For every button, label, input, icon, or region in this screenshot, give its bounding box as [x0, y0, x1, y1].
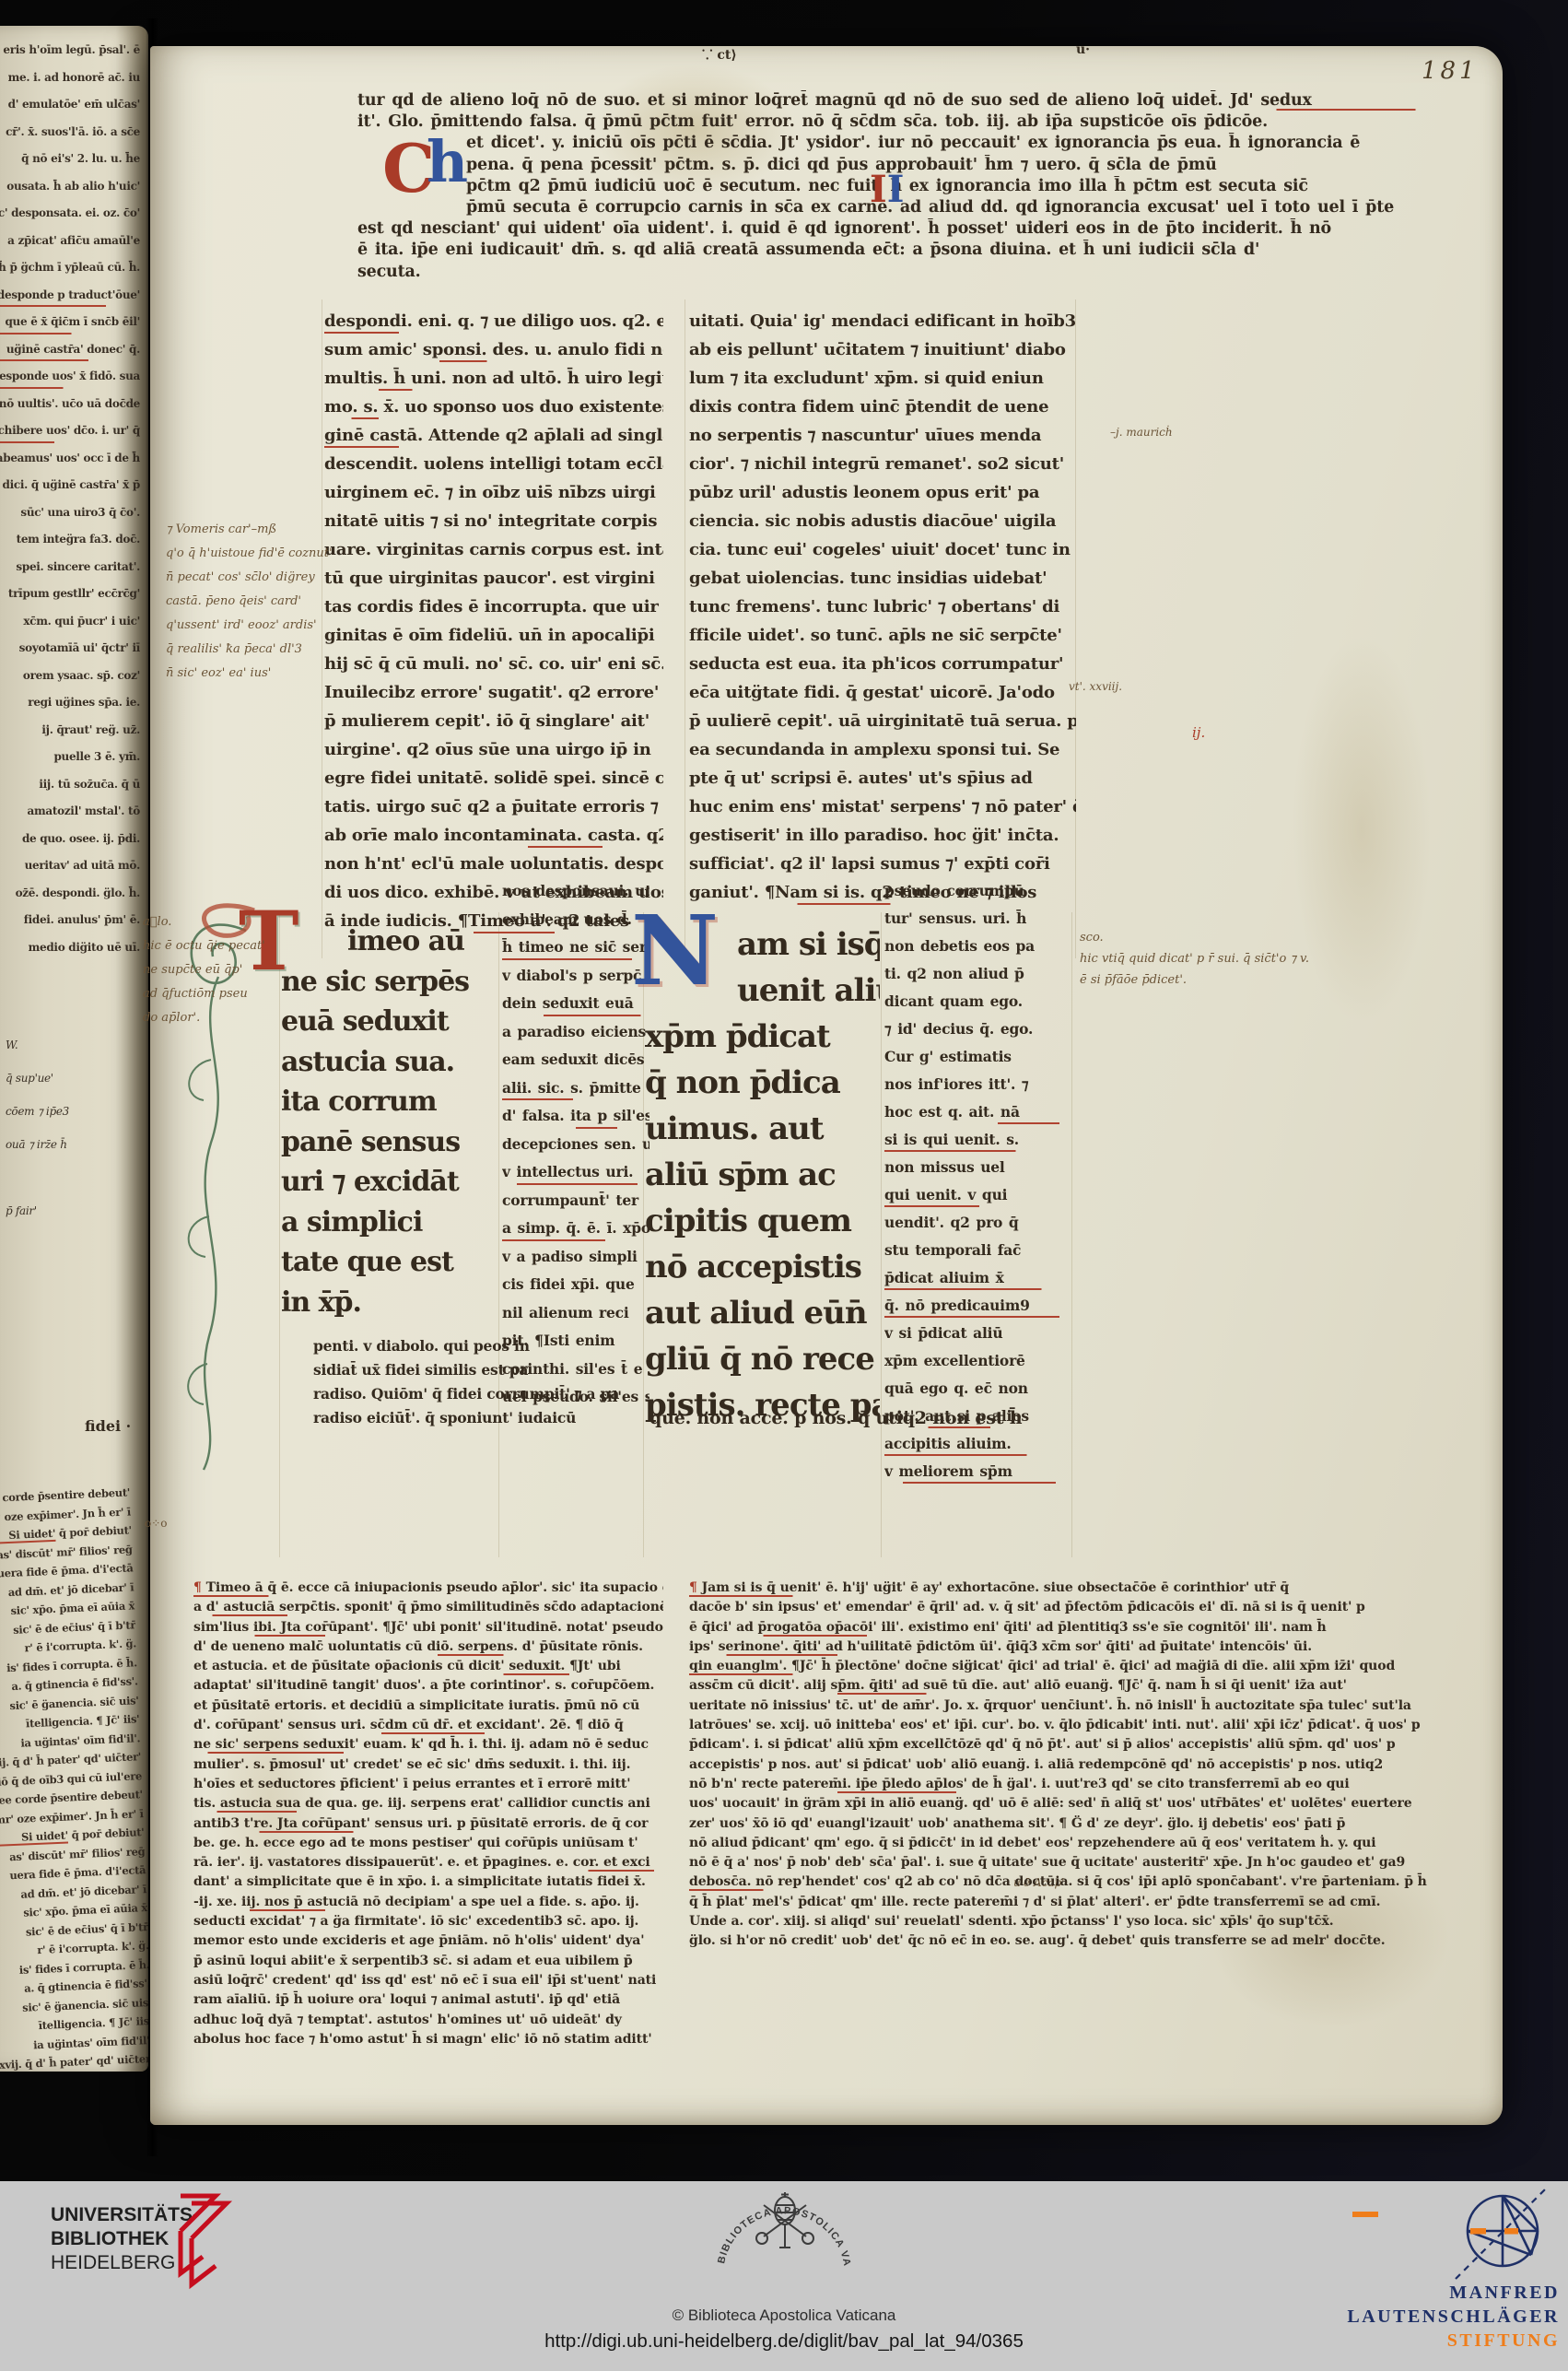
- gloss-column-a: nos desponsaui. utexhibeam uos d̄.h̄ tim…: [502, 877, 649, 1412]
- text-line: ug̈inē castr̄a' donec' q̄.: [0, 336, 140, 364]
- text-line: tis. astucia sua de qua. ge. iij. serpen…: [193, 1794, 663, 1813]
- text-line: corrumpaunt̄' ter: [502, 1187, 649, 1215]
- text-line: medio dig̈ito uē uī.: [0, 934, 140, 962]
- display-text-line: aliū sp̄m ac: [645, 1152, 880, 1198]
- text-line: asiū loq̄rc̄' credent' qd' iss qd' est' …: [193, 1971, 663, 1990]
- display-text-line: a simplici: [281, 1203, 484, 1243]
- text-line: soyotamīā ui' q̄ctr' iī: [0, 635, 140, 663]
- text-line: pseudo corrumpū: [884, 877, 1067, 905]
- text-line: nos desponsaui. ut: [502, 877, 649, 906]
- text-line: radiso. Quiōm' q̄ fidei corrumpit̄' ⁊ a …: [313, 1382, 663, 1406]
- display-text-line: uimus. aut: [645, 1106, 880, 1152]
- text-line: nō uultis'. uc̄o uā doc̄de: [0, 391, 140, 418]
- display-text-line: nō accepistis: [645, 1244, 880, 1290]
- text-line: accipitis aliuim.: [884, 1430, 1067, 1458]
- text-line: pūbz uril' adustis leonem opus erit' pa: [689, 478, 1076, 507]
- margin-note-right: sco.hic vtiq̄ quid dicat' p r̄ sui. q̄ s…: [1080, 927, 1448, 991]
- gloss-column-a-wide: penti. v diabolo. qui peos insidiat̄ ux̄…: [313, 1334, 663, 1430]
- text-line: v diabol's p serpc̄: [502, 962, 649, 991]
- text-line: non missus uel: [884, 1154, 1067, 1181]
- text-line: q̄ sup'ue': [6, 1062, 144, 1095]
- ml-line2: LAUTENSCHLÄGER: [1347, 2305, 1560, 2329]
- text-line: tur qd de alieno loq̄ nō de suo. et si m…: [357, 90, 1426, 112]
- text-line: sum amic' sponsi. des. u. anulo fidi non: [324, 335, 663, 364]
- text-line: ec̄a uitg̈tate fidi. q̄ gestat' uicorē. …: [689, 678, 1076, 707]
- text-line: radiso eiciūt̄'. q̄ sponiunt' iudaicū: [313, 1406, 663, 1430]
- text-line: p̄ uulierē cepit'. uā uirginitatē tuā se…: [689, 707, 1076, 735]
- facing-page-edge: eris h'oīm legū. p̄sal'. ēme. i. ad hono…: [0, 26, 148, 2072]
- text-line: desponde p traduct'ōue': [0, 282, 140, 310]
- text-line: accepistis' p nos. aut' si p̄dicat' uob'…: [689, 1755, 1431, 1775]
- text-line: sidiat̄ ux̄ fidei similis est pa: [313, 1358, 663, 1382]
- text-line: fficile uidet'. so tunc̄. ap̄ls ne sic̄ …: [689, 621, 1076, 650]
- text-line: Timeo ā q̄ ē. ecce cā iniupacionis pseud…: [193, 1579, 663, 1598]
- text-line: no serpentis ⁊ nascuntur' uīues menda: [689, 421, 1076, 450]
- vatican-copyright: © Biblioteca Apostolica Vaticana: [415, 2306, 1153, 2325]
- text-line: que ē x̄ q̄ic̄m ī snc̄b ēil': [0, 309, 140, 336]
- text-line: p̄dicat aliuim x̄: [884, 1264, 1067, 1292]
- text-line: ⁊ id' decius q̄. ego.: [884, 1015, 1067, 1043]
- text-line: tur' sensus. uri. h̄: [884, 905, 1067, 933]
- text-line: pte q̄ ut' scripsi ē. autes' ut's sp̄ius…: [689, 764, 1076, 792]
- text-line: gebat uiolencias. tunc insidias uidebat': [689, 564, 1076, 593]
- text-line: q'ussent' ird' eooz' ardis': [166, 614, 470, 638]
- text-line: seducti excidat' ⁊ a g̈a firmitate'. iō …: [193, 1912, 663, 1931]
- text-line: uitati. Quia' ig' mendaci edificant in h…: [689, 307, 1076, 335]
- source-url: http://digi.ub.uni-heidelberg.de/diglit/…: [323, 2330, 1245, 2353]
- text-line: et astucia. et de p̄ūsitate op̄acionis c…: [193, 1657, 663, 1676]
- text-line: W.: [6, 1028, 144, 1062]
- text-line: mo. s. x̄. uo sponso uos duo existentes …: [324, 393, 663, 421]
- ub-heidelberg-logo-icon: [155, 2189, 252, 2292]
- text-line: uirgine'. q2 oīus sūe una uirgo ip̄ in: [324, 735, 663, 764]
- text-line: a᷒lo.: [143, 910, 345, 934]
- text-line: eam seduxit dicēs: [502, 1046, 649, 1074]
- text-line: ouā ⁊ irz̄e h̄: [6, 1128, 144, 1161]
- text-line: pot'. aut si p alios: [884, 1403, 1067, 1430]
- text-line: q̄. nō predicauim9: [884, 1292, 1067, 1320]
- display-text-line: panē sensus: [281, 1122, 484, 1163]
- text-line: d' de ueneno malc̄ uoluntatis cū diō. se…: [193, 1637, 663, 1657]
- text-line: [6, 1161, 144, 1194]
- text-line: latrōues' se. xcij. uō initteba' eos' et…: [689, 1716, 1431, 1735]
- text-line: uendit'. q2 pro q̄: [884, 1209, 1067, 1237]
- text-line: q'o q̄ h'uistoue fid'ē coznut': [166, 542, 470, 566]
- facing-page-upper-text: eris h'oīm legū. p̄sal'. ēme. i. ad hono…: [0, 37, 140, 961]
- text-line: d' falsa. ita p sil'es: [502, 1102, 649, 1131]
- text-line: ij. q̄raut' reg̈. uz̄.: [0, 717, 140, 745]
- text-line: Unde a. cor'. xiij. si aliqd' sui' reuel…: [689, 1912, 1431, 1931]
- text-line: debosc̄a. nō rep'hendet' cos' q2 ab co' …: [689, 1872, 1431, 1892]
- margin-citation-xxviij: vt'. xxviij.: [1069, 680, 1122, 693]
- text-line: qui uenit. v qui: [884, 1181, 1067, 1209]
- text-line: nō aliud p̄dicant' qm' ego. q̄ si p̄dicc…: [689, 1834, 1431, 1853]
- display-text-line: aut aliud eūn̄: [645, 1290, 880, 1336]
- text-line: a zp̄icat' afic̄u amaūl'e: [0, 228, 140, 255]
- text-line: q̄ realilis' ꝁa p̄eca' dl'3: [166, 638, 470, 662]
- text-line: adaptat' sil'itudinē tangit' duos'. a p̄…: [193, 1676, 663, 1696]
- text-line: tatis. uirgo suc̄ q2 a p̄uitate erroris …: [324, 792, 663, 821]
- text-line: hoc est q. ait. nā: [884, 1098, 1067, 1126]
- text-line: Jam si is q̄ uenit' ē. h'ij' ug̈it' ē ay…: [689, 1579, 1431, 1598]
- text-line: Cur g' estimatis: [884, 1043, 1067, 1071]
- text-line: cis fidei xp̄i. que: [502, 1271, 649, 1299]
- text-line: orem ysaac. sp̄. coz': [0, 663, 140, 690]
- text-line: est qd nesciant' qui uident' oīa uident'…: [357, 218, 1426, 240]
- text-line: rā. ier'. ij. vastatores dissipauerūt'. …: [193, 1853, 663, 1872]
- ruling-line: [1071, 912, 1072, 1557]
- bottom-commentary-left: Timeo ā q̄ ē. ecce cā iniupacionis pseud…: [193, 1579, 663, 2049]
- text-line: n̄ sic' eoz' ea' ius': [166, 662, 470, 686]
- margin-note-timeo: a᷒lo.hic ē octu q̄ie pecat'ne supc̄te eū…: [143, 910, 345, 1030]
- text-line: penti. v diabolo. qui peos in: [313, 1334, 663, 1358]
- text-line: d' emulatōe' em̄ ulc̄as': [0, 91, 140, 119]
- text-line: p̄dicam'. i. si p̄dicat' aliū xp̄m excel…: [689, 1735, 1431, 1755]
- text-line: non debetis eos pa: [884, 933, 1067, 960]
- text-line: p̄ asinū loqui abiit'e x̄ serpentib3 sc̄…: [193, 1952, 663, 1971]
- text-line: ips' serinone'. q̄iti' ad h'uilitatē p̄d…: [689, 1637, 1431, 1657]
- text-line: ē q̄ici' ad p̄rogatōa op̄acōi' ili'. exi…: [689, 1618, 1431, 1637]
- text-line: ciencia. sic nobis adustis diacōue' uigi…: [689, 507, 1076, 535]
- display-text-line: uri ⁊ excidāt: [281, 1162, 484, 1203]
- text-line: h̄ timeo ne sic̄ ser: [502, 933, 649, 962]
- ml-line3: STIFTUNG: [1347, 2329, 1560, 2353]
- header-initial-h: h: [427, 133, 468, 192]
- text-line: ueritav' ad uitā mō.: [0, 852, 140, 880]
- ruling-line: [685, 299, 685, 958]
- text-line: h̄ p̄ g̈chm ī yp̄leaū cū. h̄.: [0, 254, 140, 282]
- text-line: eris h'oīm legū. p̄sal'. ē: [0, 37, 140, 65]
- text-line: p̄ mulierem cepit'. iō q̄ singlare' ait': [324, 707, 663, 735]
- display-text-line: in x̄p̄.: [281, 1283, 484, 1323]
- text-line: xc̄m. qui p̄ucr' i uic': [0, 608, 140, 636]
- text-line: ne sic' serpens seduxit' euam. k' qd h̄.…: [193, 1735, 663, 1755]
- text-line: xp̄m excellentiorē: [884, 1347, 1067, 1375]
- text-line: p̄ fair': [6, 1194, 144, 1227]
- text-line: huc enim ens' mistat' serpens' ⁊ nō pate…: [689, 792, 1076, 821]
- display-text-line: q̄ non p̄dica: [645, 1060, 880, 1106]
- text-line: ab orīe malo incontaminata. casta. q2: [324, 821, 663, 850]
- margin-oxo-mark: o⁘o: [145, 1517, 168, 1530]
- text-line: hic' desponsata. ei. oz. c̄o': [0, 200, 140, 228]
- quire-mark-right: u·: [1076, 42, 1090, 57]
- text-line: -ij. xe. iij. nos p̄ astuciā nō decipiam…: [193, 1893, 663, 1912]
- text-line: ad q̄fuctiōm pseu: [143, 982, 345, 1006]
- text-line: decepciones sen. u.: [502, 1131, 649, 1159]
- text-line: iij. tū soz̄uc̄a. q̄ ū: [0, 771, 140, 799]
- display-text-line: gliū q̄ nō rece: [645, 1336, 880, 1382]
- text-line: de quo. osee. ij. p̄di.: [0, 826, 140, 853]
- text-line: sufficiat'. q2 il' lapsi sumus ⁊' exp̄ti…: [689, 850, 1076, 878]
- display-text-line: ita corrum: [281, 1082, 484, 1122]
- text-line: despondi. eni. q. ⁊ ue diligo uos. q2. e…: [324, 307, 663, 335]
- lemma-text-nam: am si isq̄uenit aliūxp̄m p̄dicatq̄ non p…: [645, 921, 880, 1428]
- text-line: hic ē octu q̄ie pecat': [143, 934, 345, 958]
- text-line: abolus hoc face ⁊ h'omo astut' h̄ si mag…: [193, 2030, 663, 2049]
- gloss-signe: ⸫·: [537, 857, 550, 873]
- text-line: et dicet'. y. iniciū oīs pc̄ti ē sc̄dia.…: [357, 133, 1426, 154]
- text-line: puelle 3 ē. ym̄.: [0, 744, 140, 771]
- text-line: tunc fremens'. tunc lubric' ⁊ obertans' …: [689, 593, 1076, 621]
- text-line: trīpum gestllr' ecc̄rc̄g': [0, 581, 140, 608]
- vatican-library-emblem-icon: BIBLIOTECA APOSTOLICA VATICANA: [709, 2185, 859, 2301]
- text-line: lum ⁊ ita excludunt' xp̄m. si quid eniun: [689, 364, 1076, 393]
- text-line: ab eis pellunt' uc̄itatem ⁊ inuitiunt' d…: [689, 335, 1076, 364]
- quire-mark-left: ⸪ ct⟩: [702, 46, 737, 64]
- text-line: q̄ nō ei's' 2. lu. u. h̄e: [0, 146, 140, 173]
- text-line: nil alienum reci: [502, 1299, 649, 1328]
- ruling-line: [881, 912, 882, 1557]
- text-line: dein seduxit euā: [502, 990, 649, 1018]
- text-line: h'oīes et seductores p̄ficient' ī peius …: [193, 1775, 663, 1794]
- text-line: regi ug̈ines sp̄a. ie.: [0, 689, 140, 717]
- text-line: dant' a simplicitate que ē in xp̄o. i. a…: [193, 1872, 663, 1892]
- text-line: cōem ⁊ ip̄e3: [6, 1095, 144, 1128]
- text-line: ea secundanda in amplexu sponsi tui. Se: [689, 735, 1076, 764]
- text-line: si is qui uenit. s.: [884, 1126, 1067, 1154]
- text-line: desponde uos' x̄ fidō. sua: [0, 363, 140, 391]
- text-line: adhuc loq̄ dyā ⁊ temptat'. astutos' h'om…: [193, 2011, 663, 2030]
- text-line: mulier'. s. p̄mosul' ut' credet' se ec̄ …: [193, 1755, 663, 1775]
- gloss-column-right: uitati. Quia' ig' mendaci edificant in h…: [689, 307, 1076, 907]
- text-line: seducta est eua. ita ph'icos corrumpatur…: [689, 650, 1076, 678]
- text-line: ē si p̄fāōe p̄dicet'.: [1080, 969, 1448, 991]
- paragraph-mark-ii: II: [870, 171, 904, 208]
- text-line: amatozil' mstal'. tō: [0, 798, 140, 826]
- text-line: d'. cor̄ūpant' sensus uri. sc̄dm cū dr̄.…: [193, 1716, 663, 1735]
- text-line: nō b'n' recte paterem̄i. ip̄e p̄ledo ap̄…: [689, 1775, 1431, 1794]
- text-line: memor esto unde excideris et age p̄niām.…: [193, 1931, 663, 1951]
- text-line: quā ego q. ec̄ non: [884, 1375, 1067, 1403]
- text-line: spei. sincere caritat'.: [0, 554, 140, 581]
- display-text-line: am si isq̄: [645, 921, 880, 968]
- display-text-line: tate que est: [281, 1242, 484, 1283]
- text-line: ne supc̄te eū q̄p': [143, 958, 345, 982]
- text-line: assc̄m cū dicit'. alij sp̄m. q̄iti' ad s…: [689, 1676, 1431, 1696]
- text-line: dicant quam ego.: [884, 988, 1067, 1015]
- text-line: q̄ h̄ p̄lat' mel's' p̄dicat' qm' ille. r…: [689, 1893, 1431, 1912]
- manuscript-photo-background: eris h'oīm legū. p̄sal'. ēme. i. ad hono…: [0, 0, 1568, 2181]
- text-line: alii. sic. s. p̄mitte: [502, 1074, 649, 1103]
- text-line: antib3 t're. Jta cor̄ūpant' sensus uri. …: [193, 1814, 663, 1834]
- ml-stiftung-globe-icon: [1448, 2187, 1557, 2288]
- text-line: ti. q2 non aliud p̄: [884, 960, 1067, 988]
- text-line: multis. h̄ uni. non ad ultō. h̄ uiro leg…: [324, 364, 663, 393]
- text-line: ochibere uos' dc̄o. i. ur' q̄: [0, 417, 140, 445]
- text-line: gestiserit' in illo paradiso. hoc g̈it' …: [689, 821, 1076, 850]
- text-line: zer' uos' x̄ō iō qd' euangl'izauit' uob'…: [689, 1814, 1431, 1834]
- gloss-column-b: pseudo corrumpūtur' sensus. uri. h̄non d…: [884, 877, 1067, 1485]
- text-line: sco.: [1080, 927, 1448, 948]
- display-text-line: xp̄m p̄dicat: [645, 1014, 880, 1060]
- text-line: dici. q̄ ug̈inē castr̄a' x̄ p̄: [0, 472, 140, 499]
- display-text-line: astucia sua.: [281, 1042, 484, 1083]
- text-line: be. ge. h. ecce ego ad te mons pestiser'…: [193, 1834, 663, 1853]
- text-line: v intellectus uri.: [502, 1158, 649, 1187]
- text-line: n̄ pecat' cos' sc̄lo' dig̈rey: [166, 566, 470, 590]
- text-line: do ap̄lor'.: [143, 1006, 345, 1030]
- text-line: g̈lo. si h'or nō credit' uob' det' q̄c n…: [689, 1931, 1431, 1951]
- text-line: ⁊ Vomeris car'–mß: [166, 518, 470, 542]
- text-line: ginē castā. Attende q2 ap̄lali ad singla…: [324, 421, 663, 450]
- manuscript-page: 181 ⸪ ct⟩ u· tur qd de alieno loq̄ nō de…: [150, 46, 1503, 2125]
- margin-note-left-upper: ⁊ Vomeris car'–mßq'o q̄ h'uistoue fid'ē …: [166, 518, 470, 686]
- ml-stiftung-wordmark: MANFRED LAUTENSCHLÄGER STIFTUNG: [1347, 2281, 1560, 2353]
- text-line: ueritate nō inissius' tc̄. ut' de am̄r'.…: [689, 1696, 1431, 1716]
- text-line: et p̄ūsitatē ertoris. et decidiū a simpl…: [193, 1696, 663, 1716]
- text-line: cior'. ⁊ nichil integrū remanet'. so2 si…: [689, 450, 1076, 478]
- display-text-line: uenit aliū: [645, 968, 880, 1014]
- screenshot-stage: eris h'oīm legū. p̄sal'. ēme. i. ad hono…: [0, 0, 1568, 2371]
- text-line: nō ē q̄ a' nos' p̄ nob' deb' sc̄a' p̄al'…: [689, 1853, 1431, 1872]
- text-line: qin euanglm'. ¶Jc̄' h̄ p̄lectōne' doc̄ne…: [689, 1657, 1431, 1676]
- display-text-line: cipitis quem: [645, 1198, 880, 1244]
- text-line: exhibeam uos d̄.: [502, 906, 649, 934]
- text-line: v meliorem sp̄m: [884, 1458, 1067, 1485]
- text-line: castā. p̄eno q̄eis' card': [166, 590, 470, 614]
- text-line: me. i. ad honorē ac̄. iu: [0, 65, 140, 92]
- text-line: sim'lius ibi. Jta cor̄ūpant'. ¶Jc̄' ubi …: [193, 1618, 663, 1637]
- text-line: cr̄'. x̄. suos'l'ā. iō. a sc̄e: [0, 119, 140, 147]
- text-line: fidei. anulus' p̄m' ē.: [0, 907, 140, 934]
- facing-page-lower-text: s ee corde p̄sentire debeut'mr' oze exp̄…: [0, 1483, 148, 2072]
- text-line: hic vtiq̄ quid dicat' p r̄ sui. q̄ sic̄t…: [1080, 948, 1448, 969]
- text-line: uos' uocauit' in g̈rām xp̄i in aliō euan…: [689, 1794, 1431, 1813]
- text-line: stu temporali fac̄: [884, 1237, 1067, 1264]
- text-line: egre fidei unitatē. solidē spei. sincē c…: [324, 764, 663, 792]
- margin-citation-mauric: –j. mauricḣ: [1110, 426, 1173, 439]
- ml-line1: MANFRED: [1347, 2281, 1560, 2305]
- text-line: ē ita. ip̄e eni iudicauit' dm̄. s. qd al…: [357, 240, 1426, 261]
- ml-logo-orange-dash: [1352, 2212, 1378, 2217]
- text-line: secuta.: [357, 262, 1426, 283]
- text-line: non h'nt' ecl'ū male uoluntatis. despon: [324, 850, 663, 878]
- facing-page-middle-notes: W.q̄ sup'ue'cōem ⁊ ip̄e3ouā ⁊ irz̄e h̄ p…: [6, 1028, 144, 1227]
- text-line: a paradiso eiciens: [502, 1018, 649, 1047]
- text-line: dixis contra fidem uinc̄ p̄tendit de uen…: [689, 393, 1076, 421]
- text-line: uirginem ec̄. ⁊ in oībz uis̄ nībzs uirgi: [324, 478, 663, 507]
- text-line: habeamus' uos' occ ī de h̄: [0, 445, 140, 473]
- text-line: dacōe b' sin ipsus' et' emendar' ē q̄ril…: [689, 1598, 1431, 1617]
- bottom-commentary-right: Jam si is q̄ uenit' ē. h'ij' ug̈it' ē ay…: [689, 1579, 1431, 1952]
- text-line: nos inf'iores itt'. ⁊: [884, 1071, 1067, 1098]
- folio-number: 181: [1422, 57, 1479, 85]
- text-line: ram aīaliū. ip̄ h̄ uoiure ora' loqui ⁊ a…: [193, 1990, 663, 2010]
- margin-label-fidei: fidei ·: [85, 1417, 131, 1435]
- text-line: sūc' una uiro3 q̄ c̄o'.: [0, 499, 140, 527]
- text-line: ousata. h̄ ab alio h'uic': [0, 173, 140, 201]
- text-line: v a padiso simpli: [502, 1243, 649, 1272]
- text-line: tem integ̈ra fa3. doc̄.: [0, 526, 140, 554]
- text-line: a simp. q̄. ē. ī. xp̄o.: [502, 1215, 649, 1243]
- text-line: cia. tunc eui' cogeles' uiuit' docet' tu…: [689, 535, 1076, 564]
- footer-band: UNIVERSITÄTS- BIBLIOTHEK HEIDELBERG BIBL…: [0, 2181, 1568, 2371]
- text-line: a d' astuciā serpc̄tis. sponit' q̄ p̄mo …: [193, 1598, 663, 1617]
- text-line: v si p̄dicat aliū: [884, 1320, 1067, 1347]
- text-line: descendit. uolens intelligi totam ecc̄la…: [324, 450, 663, 478]
- text-line: oz̄ē. despondi. g̈lo. h̄.: [0, 880, 140, 908]
- margin-mark-ij: ij.: [1192, 724, 1205, 741]
- text-line: it'. Glo. p̄mittendo falsa. q̄ p̄mū pc̄t…: [357, 112, 1426, 133]
- ruling-line: [498, 912, 499, 1557]
